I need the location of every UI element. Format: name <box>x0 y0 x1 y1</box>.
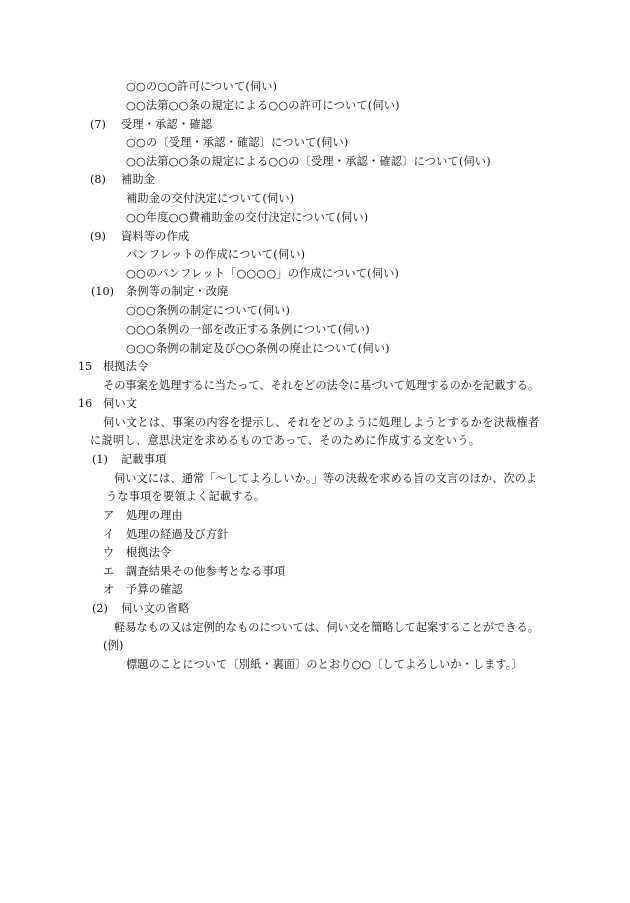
subitem-text: 根拠法令 <box>126 546 172 560</box>
subitem-marker: エ <box>103 565 114 579</box>
item-number: (9) <box>90 230 106 244</box>
example-line: ○○○条例の制定について(伺い) <box>126 304 290 318</box>
subitem-marker: イ <box>103 528 114 542</box>
item-heading: 補助金 <box>121 173 155 187</box>
item-body: 軽易なもの又は定例的なものについては、伺い文を簡略して起案することができる。 <box>114 621 539 635</box>
item-body: うな事項を要領よく記載する。 <box>106 490 265 504</box>
section-number: 16 <box>78 397 92 411</box>
section-body: 伺い文とは、事案の内容を提示し、それをどのように処理しようとするかを決裁権者 <box>103 416 540 430</box>
example-line: ○○年度○○費補助金の交付決定について(伺い) <box>126 211 368 225</box>
item-heading: 受理・承認・確認 <box>121 118 212 132</box>
item-number: (7) <box>90 118 106 132</box>
section-body: その事案を処理するに当たって、それをどの法令に基づいて処理するのかを記載する。 <box>103 379 539 393</box>
section-heading: 伺い文 <box>103 397 137 411</box>
example-line: ○○法第○○条の規定による○○の〔受理・承認・確認〕について(伺い) <box>126 155 491 169</box>
item-number: (2) <box>92 602 108 616</box>
subitem-marker: ウ <box>103 546 114 560</box>
subitem-text: 調査結果その他参考となる事項 <box>126 565 285 579</box>
item-heading: 資料等の作成 <box>121 230 189 244</box>
example-line: ○○法第○○条の規定による○○の許可について(伺い) <box>126 99 400 113</box>
example-line: ○○のパンフレット「○○○○」の作成について(伺い) <box>126 267 399 281</box>
item-number: (1) <box>92 453 108 467</box>
section-body: に説明し、意思決定を求めるものであって、そのために作成する文をいう。 <box>90 434 480 448</box>
item-number: (10) <box>91 285 114 299</box>
subitem-text: 予算の確認 <box>126 583 183 597</box>
subitem-text: 処理の経過及び方針 <box>126 528 229 542</box>
subitem-text: 処理の理由 <box>126 509 183 523</box>
example-line: 標題のことについて〔別紙・裏面〕のとおり○○〔してよろしいか・します。〕 <box>126 658 523 672</box>
section-number: 15 <box>78 360 92 374</box>
item-heading: 条例等の制定・改廃 <box>126 285 229 299</box>
item-heading: 伺い文の省略 <box>121 602 189 616</box>
item-number: (8) <box>90 173 106 187</box>
example-line: ○○の○○許可について(伺い) <box>126 80 277 94</box>
example-label: (例) <box>103 639 124 653</box>
example-line: ○○○条例の一部を改正する条例について(伺い) <box>126 323 370 337</box>
item-heading: 記載事項 <box>121 453 167 467</box>
example-line: ○○○条例の制定及び○○条例の廃止について(伺い) <box>126 342 390 356</box>
item-body: 伺い文には、通常「～してよろしいか。」等の決裁を求める旨の文言のほか、次のよ <box>114 472 537 486</box>
example-line: 補助金の交付決定について(伺い) <box>126 192 294 206</box>
document-page: ○○の○○許可について(伺い) ○○法第○○条の規定による○○の許可について(伺… <box>0 0 630 903</box>
example-line: パンフレットの作成について(伺い) <box>126 248 305 262</box>
section-heading: 根拠法令 <box>103 360 149 374</box>
subitem-marker: ア <box>103 509 114 523</box>
subitem-marker: オ <box>103 583 114 597</box>
example-line: ○○の〔受理・承認・確認〕について(伺い) <box>126 136 348 150</box>
